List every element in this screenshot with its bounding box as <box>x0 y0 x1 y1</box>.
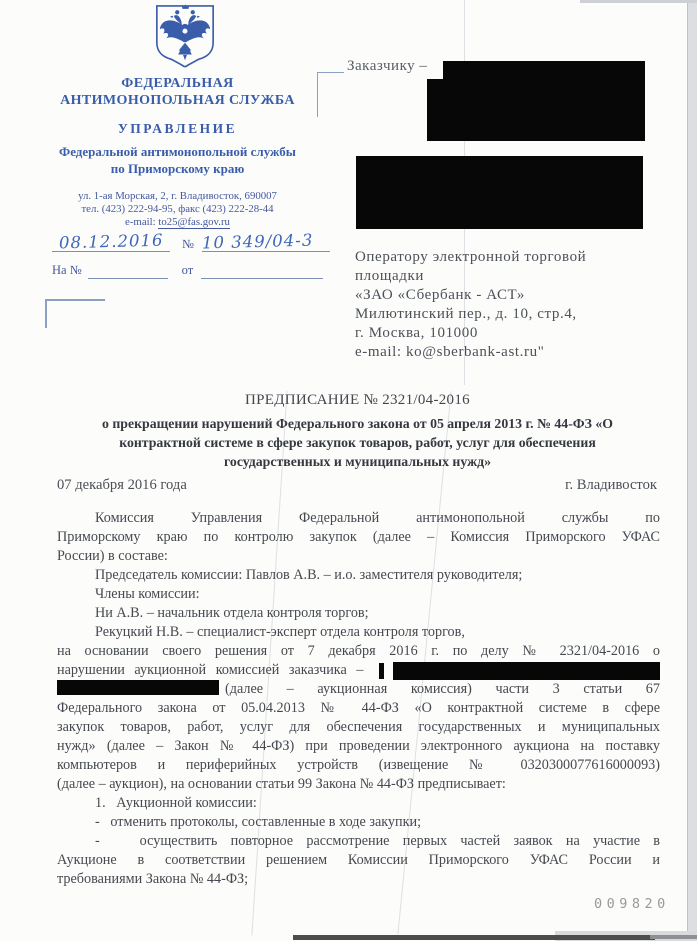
body-line: нарушении аукционной комиссией заказчика… <box>57 661 660 680</box>
recipient-block: Заказчику – Оператору электронной торгов… <box>347 57 663 75</box>
footer-corner-mark <box>45 299 105 328</box>
scan-edge-bottom-shadow <box>650 935 697 939</box>
document-place: г. Владивосток <box>565 477 657 494</box>
body-line: (далее – аукционная комиссия) части 3 ст… <box>57 680 660 699</box>
redaction-block <box>443 61 645 79</box>
body-line: нужд» (далее – Закон № 44-ФЗ) при провед… <box>57 737 660 756</box>
body-line: - отменить протоколы, составленные в ход… <box>57 813 660 832</box>
org-phone: тел. (423) 222-94-95, факс (423) 222-28-… <box>35 203 320 216</box>
body-line: Аукционе в соответствии решением Комисси… <box>57 851 660 870</box>
body: Комиссия Управления Федеральной антимоно… <box>57 509 660 889</box>
division-sub2: по Приморскому краю <box>35 160 320 177</box>
number-sign: № <box>182 237 194 252</box>
operator-line: Милютинский пер., д. 10, стр.4, <box>355 305 586 324</box>
division-title: УПРАВЛЕНИЕ <box>35 121 320 137</box>
date-field-underline: 08.12.2016 <box>52 232 170 252</box>
org-name-line1: ФЕДЕРАЛЬНАЯ <box>35 75 320 92</box>
division-sub1: Федеральной антимонопольной службы <box>35 143 320 160</box>
body-line: Ни А.В. – начальник отдела контроля торг… <box>57 604 660 623</box>
operator-line: площадки <box>355 267 586 286</box>
body-line: на основании своего решения от 7 декабря… <box>57 642 660 661</box>
body-line: Федерального закона от 05.04.2013 № 44-Ф… <box>57 699 660 718</box>
outgoing-ref-form: 08.12.2016 № 10 349/04-3 На № от <box>52 224 337 279</box>
address-window-corner-mark <box>317 72 344 117</box>
body-line: (далее – аукцион), на основании статьи 9… <box>57 775 660 794</box>
redaction-block <box>356 156 643 229</box>
letterhead: ФЕДЕРАЛЬНАЯ АНТИМОНОПОЛЬНАЯ СЛУЖБА УПРАВ… <box>35 3 320 229</box>
handwritten-date: 08.12.2016 <box>59 231 164 253</box>
body-line: - осуществить повторное рассмотрение пер… <box>57 832 660 851</box>
operator-address: Оператору электронной торговой площадки … <box>355 248 586 362</box>
order-subtitle-line: государственных и муниципальных нужд» <box>57 452 658 471</box>
body-line: закупок товаров, работ, услуг для обеспе… <box>57 718 660 737</box>
ref-field-underline <box>88 278 168 279</box>
addressee-label: Заказчику – <box>347 58 427 74</box>
body-line: требованиями Закона № 44-ФЗ; <box>57 870 660 889</box>
org-name-line2: АНТИМОНОПОЛЬНАЯ СЛУЖБА <box>35 92 320 109</box>
ref-from-underline <box>201 278 323 279</box>
body-line: 1. Аукционной комиссии: <box>57 794 660 813</box>
redaction-inline <box>393 662 660 680</box>
redaction-inline <box>379 663 384 679</box>
body-line: Члены комиссии: <box>57 585 660 604</box>
body-line: России) в составе: <box>57 547 660 566</box>
redaction-inline <box>57 680 219 695</box>
scan-edge-right <box>687 0 697 941</box>
scan-edge-top <box>580 0 697 3</box>
page-number-stamp: 009820 <box>594 896 670 912</box>
redaction-block <box>427 79 645 141</box>
org-address: ул. 1-ая Морская, 2, г. Владивосток, 690… <box>35 190 320 203</box>
body-line: Председатель комиссии: Павлов А.В. – и.о… <box>57 566 660 585</box>
order-heading: ПРЕДПИСАНИЕ № 2321/04-2016 <box>57 392 658 409</box>
ref-label: На № <box>52 263 82 279</box>
handwritten-number: 10 349/04-3 <box>202 231 314 253</box>
body-line: Комиссия Управления Федеральной антимоно… <box>57 509 660 528</box>
body-line: Приморскому краю по контролю закупок (да… <box>57 528 660 547</box>
ref-from-label: от <box>182 263 194 279</box>
scan-edge-bottom-shadow <box>293 935 655 940</box>
dateline: 07 декабря 2016 года г. Владивосток <box>57 477 657 494</box>
order-title-block: ПРЕДПИСАНИЕ № 2321/04-2016 о прекращении… <box>57 392 658 471</box>
body-line: Рекуцкий Н.В. – специалист-эксперт отдел… <box>57 623 660 642</box>
scanned-document-page: ФЕДЕРАЛЬНАЯ АНТИМОНОПОЛЬНАЯ СЛУЖБА УПРАВ… <box>0 0 697 941</box>
document-date: 07 декабря 2016 года <box>57 477 187 494</box>
order-subtitle-line: контрактной системе в сфере закупок това… <box>57 433 658 452</box>
body-line: компьютеров и периферийных устройств (из… <box>57 756 660 775</box>
operator-line: «ЗАО «Сбербанк - АСТ» <box>355 286 586 305</box>
number-field-underline: 10 349/04-3 <box>202 232 330 252</box>
operator-line: e-mail: ko@sberbank-ast.ru" <box>355 343 586 362</box>
coat-of-arms-emblem <box>153 3 217 69</box>
operator-line: Оператору электронной торговой <box>355 248 586 267</box>
operator-line: г. Москва, 101000 <box>355 324 586 343</box>
order-subtitle-line: о прекращении нарушений Федерального зак… <box>57 414 658 433</box>
